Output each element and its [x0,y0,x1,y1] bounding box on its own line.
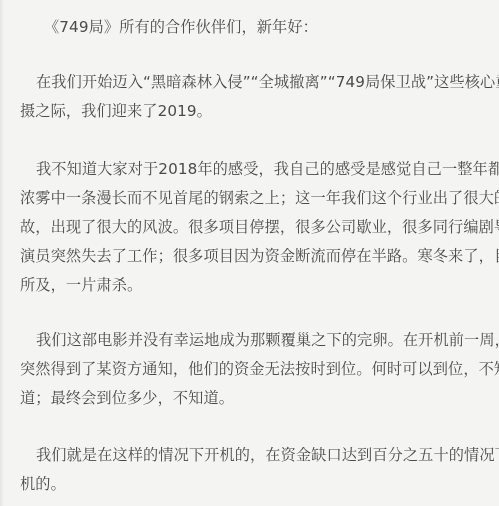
page-edge-shadow [0,0,4,506]
paragraph-1: 在我们开始迈入“黑暗森林入侵”“全城撤离”“749局保卫战”这些核心重场拍 摄之… [20,68,499,126]
paragraph-line: 我不知道大家对于2018年的感受，我自己的感受是感觉自己一整年都行走 [20,155,499,184]
paragraph-4: 我们就是在这样的情况下开机的，在资金缺口达到百分之五十的情况下开 机的。 [20,441,499,499]
paragraph-line: 突然得到了某资方通知，他们的资金无法按时到位。何时可以到位，不知 [20,355,499,384]
paragraph-line: 机的。 [20,470,499,499]
paragraph-line: 我们这部电影并没有幸运地成为那颗覆巢之下的完卵。在开机前一周，我 [20,326,499,355]
paragraph-line: 我们就是在这样的情况下开机的，在资金缺口达到百分之五十的情况下开 [20,441,499,470]
paragraph-line: 道；最终会到位多少，不知道。 [20,384,499,413]
paragraph-line: 故，出现了很大的风波。很多项目停摆，很多公司歇业，很多同行编剧导演 [20,213,499,242]
paragraph-3: 我们这部电影并没有幸运地成为那颗覆巢之下的完卵。在开机前一周，我 突然得到了某资… [20,326,499,413]
greeting-line: 《749局》所有的合作伙伴们，新年好： [44,13,318,42]
paragraph-2: 我不知道大家对于2018年的感受，我自己的感受是感觉自己一整年都行走 浓雾中一条… [20,155,499,300]
paragraph-line: 摄之际，我们迎来了2019。 [20,97,499,126]
paragraph-line: 演员突然失去了工作；很多项目因为资金断流而停在半路。寒冬来了，目之 [20,242,499,271]
paragraph-line: 在我们开始迈入“黑暗森林入侵”“全城撤离”“749局保卫战”这些核心重场拍 [20,68,499,97]
paragraph-line: 所及，一片肃杀。 [20,271,499,300]
paragraph-line: 浓雾中一条漫长而不见首尾的钢索之上；这一年我们这个行业出了很大的变 [20,184,499,213]
